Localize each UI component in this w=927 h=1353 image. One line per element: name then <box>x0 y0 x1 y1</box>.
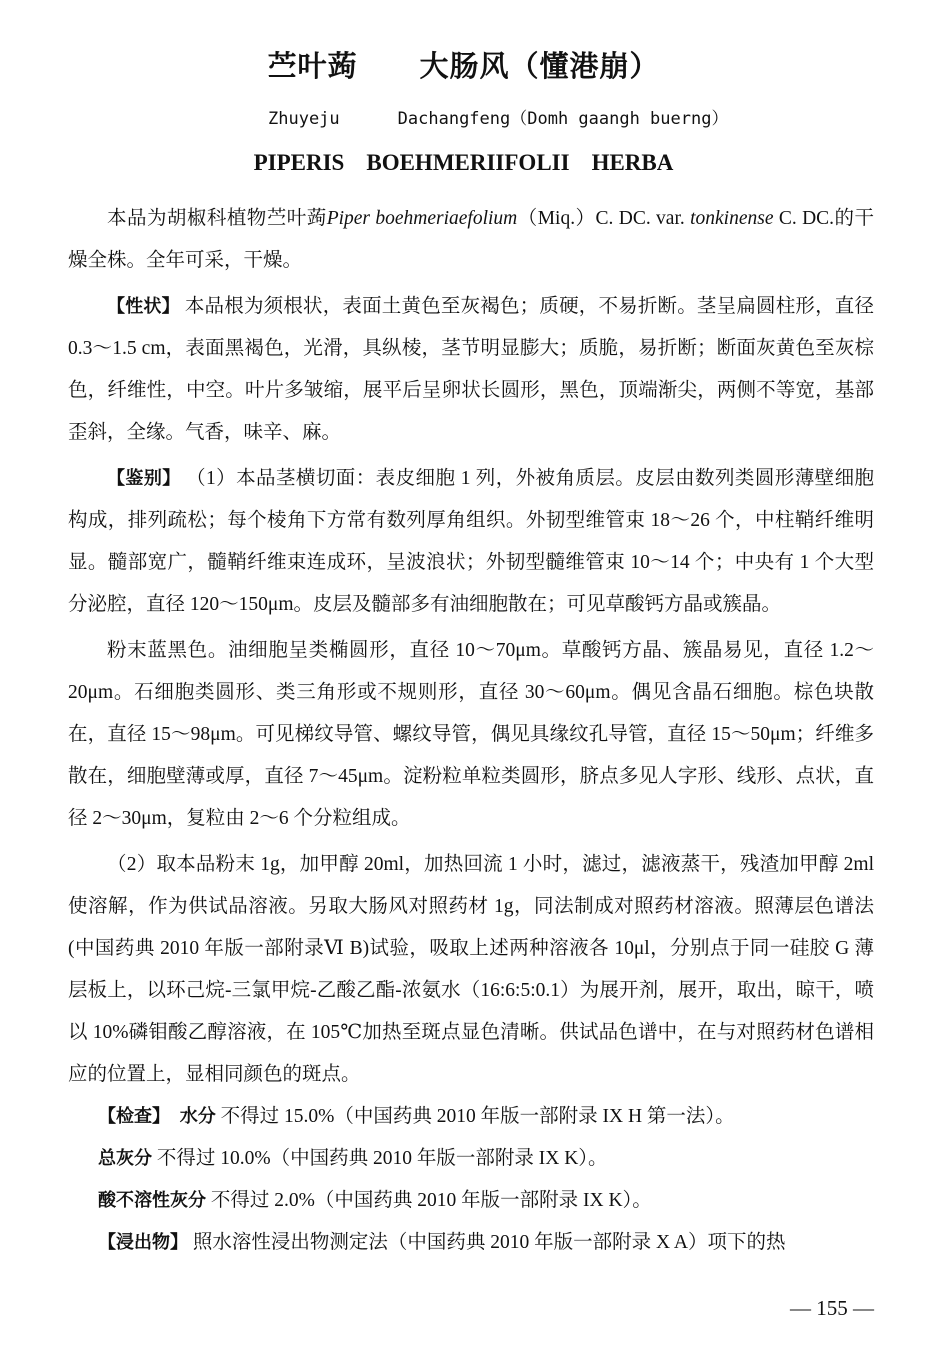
document-body: 本品为胡椒科植物苎叶蒟Piper boehmeriaefolium（Miq.）C… <box>68 198 874 1264</box>
extract-paragraph: 【浸出物】 照水溶性浸出物测定法（中国药典 2010 年版一部附录 X A）项下… <box>68 1222 874 1264</box>
pinyin-left: Zhuyeju <box>268 109 340 129</box>
inspection-item-name: 酸不溶性灰分 <box>98 1190 206 1211</box>
latin-word-3: HERBA <box>592 150 674 175</box>
title-latin: PIPERISBOEHMERIIFOLIIHERBA <box>0 150 927 176</box>
pinyin-right: Dachangfeng（Domh gaangh buerng） <box>398 109 729 129</box>
title-pinyin: ZhuyejuDachangfeng（Domh gaangh buerng） <box>268 104 728 129</box>
identification-paragraph-2: 粉末蓝黑色。油细胞呈类椭圆形，直径 10～70μm。草酸钙方晶、簇晶易见，直径 … <box>68 630 874 840</box>
inspection-line-acid-insoluble-ash: 酸不溶性灰分 不得过 2.0%（中国药典 2010 年版一部附录 IX K）。 <box>68 1180 874 1222</box>
identification-paragraph-3: （2）取本品粉末 1g，加甲醇 20ml，加热回流 1 小时，滤过，滤液蒸干，残… <box>68 844 874 1096</box>
intro-paragraph: 本品为胡椒科植物苎叶蒟Piper boehmeriaefolium（Miq.）C… <box>68 198 874 282</box>
inspection-item-name: 水分 <box>180 1106 216 1127</box>
section-label-inspection: 【检查】 <box>98 1106 170 1127</box>
section-label-description: 【性状】 <box>107 296 180 317</box>
title-cn-right: 大肠风（懂港崩） <box>420 49 660 83</box>
extract-text: 照水溶性浸出物测定法（中国药典 2010 年版一部附录 X A）项下的热 <box>193 1232 786 1253</box>
intro-prefix: 本品为胡椒科植物苎叶蒟 <box>107 208 327 229</box>
section-label-extract: 【浸出物】 <box>98 1232 188 1253</box>
description-text: 本品根为须根状，表面土黄色至灰褐色；质硬，不易折断。茎呈扁圆柱形，直径 0.3～… <box>68 296 874 443</box>
inspection-line-moisture: 【检查】 水分 不得过 15.0%（中国药典 2010 年版一部附录 IX H … <box>68 1096 874 1138</box>
inspection-item-text: 不得过 2.0%（中国药典 2010 年版一部附录 IX K）。 <box>211 1190 652 1211</box>
latin-word-1: PIPERIS <box>254 150 345 175</box>
title-cn-left: 苎叶蒟 <box>267 49 357 83</box>
species-name: Piper boehmeriaefolium <box>327 208 518 229</box>
species-author: （Miq.）C. DC. var. <box>517 208 685 229</box>
description-paragraph: 【性状】 本品根为须根状，表面土黄色至灰褐色；质硬，不易折断。茎呈扁圆柱形，直径… <box>68 286 874 454</box>
inspection-item-name: 总灰分 <box>98 1148 152 1169</box>
latin-word-2: BOEHMERIIFOLII <box>366 150 569 175</box>
variety-name: tonkinense <box>690 208 773 229</box>
inspection-line-total-ash: 总灰分 不得过 10.0%（中国药典 2010 年版一部附录 IX K）。 <box>68 1138 874 1180</box>
page-number: — 155 — <box>790 1296 874 1321</box>
title-chinese: 苎叶蒟大肠风（懂港崩） <box>0 44 927 85</box>
document-page: 苎叶蒟大肠风（懂港崩） ZhuyejuDachangfeng（Domh gaan… <box>0 0 927 1353</box>
inspection-item-text: 不得过 15.0%（中国药典 2010 年版一部附录 IX H 第一法）。 <box>221 1106 735 1127</box>
identification-text-1: （1）本品茎横切面：表皮细胞 1 列，外被角质层。皮层由数列类圆形薄壁细胞构成，… <box>68 468 874 615</box>
identification-paragraph-1: 【鉴别】 （1）本品茎横切面：表皮细胞 1 列，外被角质层。皮层由数列类圆形薄壁… <box>68 458 874 626</box>
inspection-item-text: 不得过 10.0%（中国药典 2010 年版一部附录 IX K）。 <box>157 1148 608 1169</box>
section-label-identification: 【鉴别】 <box>107 468 181 489</box>
